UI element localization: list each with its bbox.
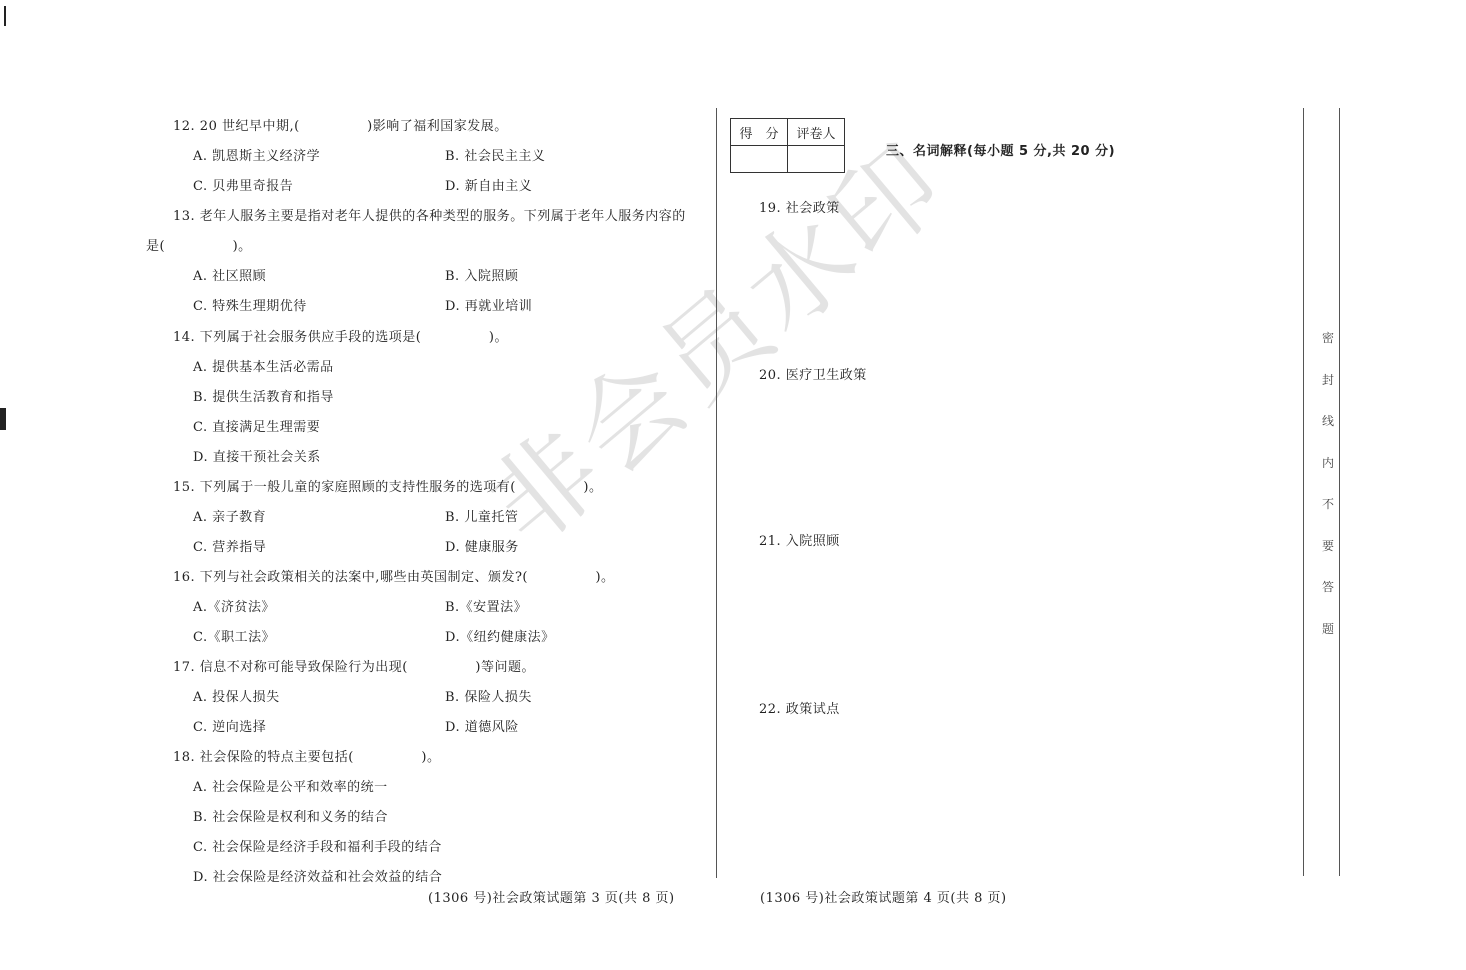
seal-line-right [1339, 108, 1340, 876]
watermark: 非会员水印 [451, 101, 973, 573]
option: A. 提供基本生活必需品 [193, 356, 334, 375]
option: A. 社会保险是公平和效率的统一 [193, 776, 388, 795]
seal-char: 线 [1318, 401, 1338, 443]
option: C. 贝弗里奇报告 [193, 175, 293, 194]
option: D. 社会保险是经济效益和社会效益的结合 [193, 866, 442, 885]
scan-artifact [4, 6, 6, 26]
seal-char: 答 [1318, 567, 1338, 609]
page-footer-left: (1306 号)社会政策试题第 3 页(共 8 页) [428, 887, 675, 906]
option: D. 健康服务 [445, 536, 519, 555]
option: D. 直接干预社会关系 [193, 446, 321, 465]
option: C. 社会保险是经济手段和福利手段的结合 [193, 836, 442, 855]
seal-char: 封 [1318, 360, 1338, 402]
option: C. 逆向选择 [193, 716, 266, 735]
section-title: 三、名词解释(每小题 5 分,共 20 分) [886, 140, 1115, 159]
option: A. 凯恩斯主义经济学 [193, 145, 320, 164]
question-19: 19. 社会政策 [759, 197, 840, 216]
option: B. 保险人损失 [445, 686, 532, 705]
seal-char: 内 [1318, 443, 1338, 485]
question-16-stem: 16. 下列与社会政策相关的法案中,哪些由英国制定、颁发?( )。 [173, 566, 615, 585]
score-cell[interactable] [731, 146, 788, 173]
option: B.《安置法》 [445, 596, 527, 615]
option: B. 社会民主主义 [445, 145, 545, 164]
question-14-stem: 14. 下列属于社会服务供应手段的选项是( )。 [173, 326, 508, 345]
option: A. 社区照顾 [193, 265, 266, 284]
option: D. 再就业培训 [445, 295, 532, 314]
grader-label: 评卷人 [788, 119, 845, 146]
score-label: 得 分 [731, 119, 788, 146]
option: D. 道德风险 [445, 716, 519, 735]
page-divider [716, 108, 717, 878]
option: A. 投保人损失 [193, 686, 280, 705]
option: D.《纽约健康法》 [445, 626, 555, 645]
option: B. 社会保险是权利和义务的结合 [193, 806, 388, 825]
option: A.《济贫法》 [193, 596, 275, 615]
option: B. 入院照顾 [445, 265, 518, 284]
option: C. 特殊生理期优待 [193, 295, 307, 314]
seal-char: 题 [1318, 609, 1338, 651]
option: C. 营养指导 [193, 536, 266, 555]
scan-artifact [0, 408, 6, 430]
question-13-stem: 13. 老年人服务主要是指对老年人提供的各种类型的服务。下列属于老年人服务内容的 [173, 205, 686, 224]
option: B. 儿童托管 [445, 506, 518, 525]
question-17-stem: 17. 信息不对称可能导致保险行为出现( )等问题。 [173, 656, 535, 675]
question-15-stem: 15. 下列属于一般儿童的家庭照顾的支持性服务的选项有( )。 [173, 476, 602, 495]
score-table: 得 分 评卷人 [730, 118, 845, 173]
option: A. 亲子教育 [193, 506, 266, 525]
question-13-stem-cont: 是( )。 [146, 235, 252, 254]
seal-char: 不 [1318, 484, 1338, 526]
grader-cell[interactable] [788, 146, 845, 173]
seal-line-text: 密 封 线 内 不 要 答 题 [1318, 318, 1338, 650]
question-12-stem: 12. 20 世纪早中期,( )影响了福利国家发展。 [173, 115, 508, 134]
question-21: 21. 入院照顾 [759, 530, 840, 549]
page-footer-right: (1306 号)社会政策试题第 4 页(共 8 页) [760, 887, 1007, 906]
question-18-stem: 18. 社会保险的特点主要包括( )。 [173, 746, 440, 765]
question-20: 20. 医疗卫生政策 [759, 364, 867, 383]
seal-char: 要 [1318, 526, 1338, 568]
option: C.《职工法》 [193, 626, 275, 645]
option: D. 新自由主义 [445, 175, 532, 194]
seal-char: 密 [1318, 318, 1338, 360]
seal-line-left [1303, 108, 1304, 876]
question-22: 22. 政策试点 [759, 698, 840, 717]
option: C. 直接满足生理需要 [193, 416, 320, 435]
option: B. 提供生活教育和指导 [193, 386, 334, 405]
